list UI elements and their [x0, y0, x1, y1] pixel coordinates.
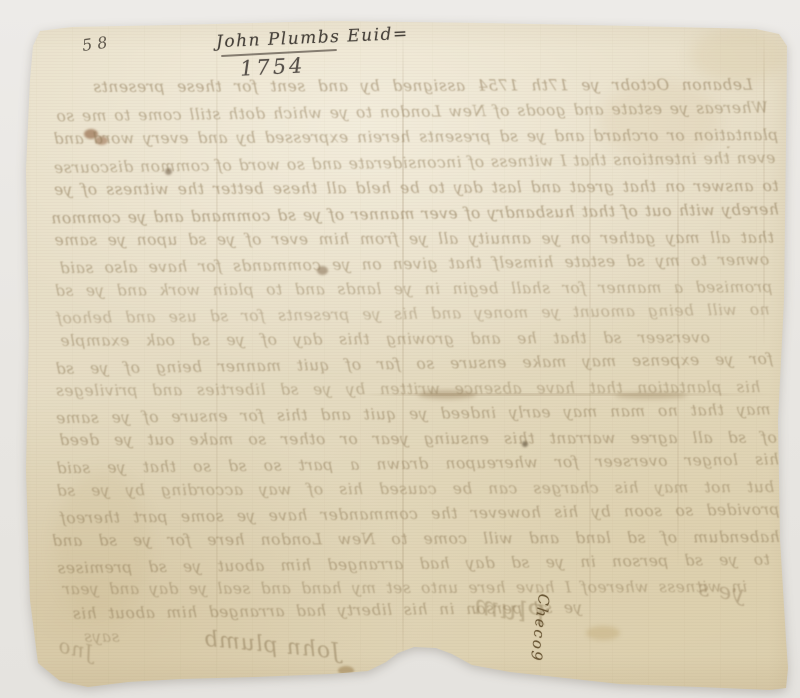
bleed-line: overseer sd that he and growing this day… [60, 329, 710, 353]
page-number: 58 [81, 32, 114, 55]
ink-spot [165, 168, 172, 175]
bleed-line: habendum of sd land and will come to New… [52, 529, 780, 554]
paper-shadow-wrap: Lebanon Octobr ye 17th 1754 assigned by … [0, 0, 800, 698]
fold-crease-vertical [677, 150, 679, 570]
bleed-line: to answer on that great and last day to … [54, 178, 779, 203]
bleed-line: to ye sd person in ye sd day had arrange… [57, 552, 770, 582]
bleed-line: his plantation that have absence written… [55, 379, 760, 404]
bleed-line: hereby with out of that husbandry of eve… [51, 201, 779, 231]
bleed-line: owner to my sd estate himself that given… [59, 252, 769, 282]
diagonal-inscription: Checo9 [527, 593, 553, 664]
bleed-line: no will being amount ye money and his ye… [56, 302, 770, 332]
bleed-line: says [55, 629, 120, 650]
bleed-line: of sd all agree warrant this ensuing yea… [59, 430, 777, 454]
document-scan: Lebanon Octobr ye 17th 1754 assigned by … [0, 0, 800, 698]
bleed-line: ye sd person in his liberty had arranged… [72, 600, 582, 627]
tan-smudge [586, 626, 620, 640]
fold-crease-horizontal [358, 393, 783, 396]
paper-mottling [690, 28, 785, 83]
paper-mottling [600, 80, 720, 160]
ink-spot [522, 441, 528, 447]
bleed-line: in witness whereof I have here unto set … [62, 579, 747, 602]
bleed-line: but not may his charges can be caused hi… [56, 479, 774, 504]
docket-year: 1754 [239, 53, 306, 80]
fold-crease-vertical [763, 28, 765, 348]
ink-stain [95, 136, 108, 145]
bleed-line: may that no man may early indeed ye quit… [55, 402, 770, 432]
fold-crease-vertical [216, 25, 218, 678]
manuscript-paper: Lebanon Octobr ye 17th 1754 assigned by … [0, 0, 800, 698]
docket-title: John Plumbs Euid= [216, 24, 409, 52]
bleed-line: even the intentions that I witness of in… [53, 150, 775, 181]
fold-crease-vertical-center [402, 22, 404, 683]
bleedthrough-text-block: Lebanon Octobr ye 17th 1754 assigned by … [0, 0, 800, 698]
bleed-mark: Plum [470, 589, 548, 632]
bleed-mark: ye s [696, 576, 747, 607]
bleedthrough-signature-marks: John plumbJnoPlumye s [0, 0, 800, 698]
fold-crease-vertical [589, 60, 591, 680]
ink-spot [317, 266, 328, 275]
bleed-line: for ye expense may make ensure so far of… [55, 351, 773, 382]
paper-mottling [55, 470, 150, 620]
bleed-line: promised a manner for shall begin in ye … [54, 279, 772, 304]
bleed-line: provided so soon by his however the comm… [59, 501, 779, 531]
crease-smudge [418, 390, 476, 399]
ink-stain [84, 129, 98, 139]
bleed-line: Lebanon Octobr ye 17th 1754 assigned by … [93, 77, 753, 100]
bleed-line: that all may gather on ye annuity all ye… [54, 230, 774, 254]
bleed-line: his longer overseer for whereupon drawn … [56, 451, 779, 481]
docket-underline [221, 49, 337, 57]
bleed-line: plantation or orchard and ye sd presents… [53, 127, 778, 152]
bleed-mark: Jno [55, 633, 96, 665]
bleed-line: Whereas ye estate and goods of New Londo… [56, 100, 768, 130]
crease-smudge [615, 392, 687, 399]
edge-smudge [338, 666, 354, 675]
bleed-mark: John plumb [202, 627, 341, 665]
